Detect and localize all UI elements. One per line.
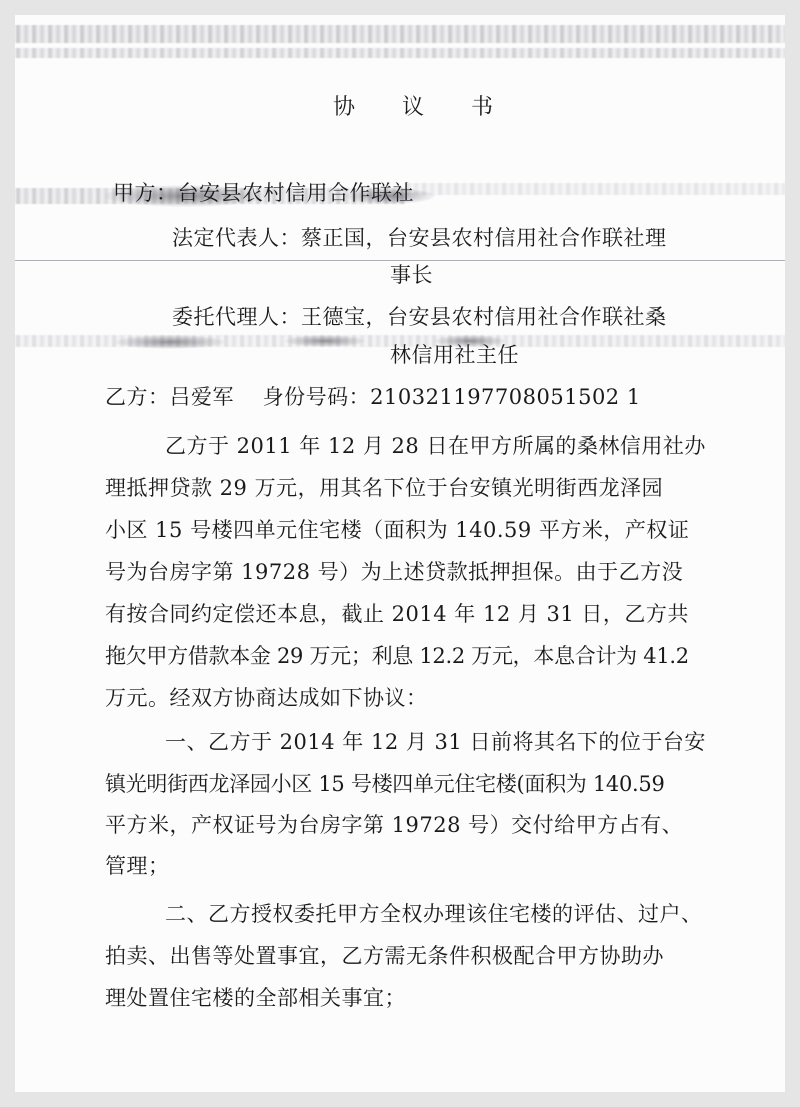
paragraph-line: 万元。经双方协商达成如下协议： [105,685,428,711]
clause-1-line: 管理； [105,853,170,879]
paragraph-line: 理抵押贷款 29 万元，用其名下位于台安镇光明街西龙泽园 [105,475,663,501]
legal-representative-line-2: 事长 [390,262,433,288]
smudge [285,335,365,347]
party-b-text: 乙方：吕爱军 身份号码：210321197708051502 1 [105,385,641,409]
clause-2-line: 理处置住宅楼的全部相关事宜； [105,985,406,1011]
clause-2-line: 二、乙方授权委托甲方全权办理该住宅楼的评估、过户、 [165,901,703,927]
scan-line-mid [15,260,785,261]
clause-2-line: 拍卖、出售等处置事宜，乙方需无条件积极配合甲方协助办 [105,943,664,969]
clause-1-line: 一、乙方于 2014 年 12 月 31 日前将其名下的位于台安 [165,729,706,755]
clause-1-line: 镇光明街西龙泽园小区 15 号楼四单元住宅楼(面积为 140.59 [105,771,665,797]
scan-artifact-top-2 [15,48,785,58]
party-a-line: 甲方：台安县农村信用合作联社 [113,180,414,206]
clause-1-line: 平方米，产权证号为台房字第 19728 号）交付给甲方占有、 [105,812,683,838]
document-page: 协 议 书 甲方：台安县农村信用合作联社 法定代表人：蔡正国，台安县农村信用社合… [15,15,785,1092]
paragraph-line: 拖欠甲方借款本金 29 万元；利息 12.2 万元，本息合计为 41.2 [105,643,689,669]
paragraph-line: 小区 15 号楼四单元住宅楼（面积为 140.59 平方米，产权证 [105,517,689,543]
smudge [115,335,225,349]
paragraph-line: 有按合同约定偿还本息，截止 2014 年 12 月 31 日，乙方共 [105,601,689,627]
scan-artifact-party-a-right [405,183,785,195]
agent-line-1: 委托代理人：王德宝，台安县农村信用社合作联社桑 [172,304,667,330]
paragraph-line: 乙方于 2011 年 12 月 28 日在甲方所属的桑林信用社办 [165,433,706,459]
party-b-line: 乙方：吕爱军 身份号码：210321197708051502 1 [105,384,641,410]
scan-artifact-top [15,25,785,43]
agent-line-2: 林信用社主任 [390,342,519,368]
document-title: 协 议 书 [333,95,513,121]
paragraph-line: 号为台房字第 19728 号）为上述贷款抵押担保。由于乙方没 [105,559,683,585]
legal-representative-line-1: 法定代表人：蔡正国，台安县农村信用社合作联社理 [172,225,667,251]
